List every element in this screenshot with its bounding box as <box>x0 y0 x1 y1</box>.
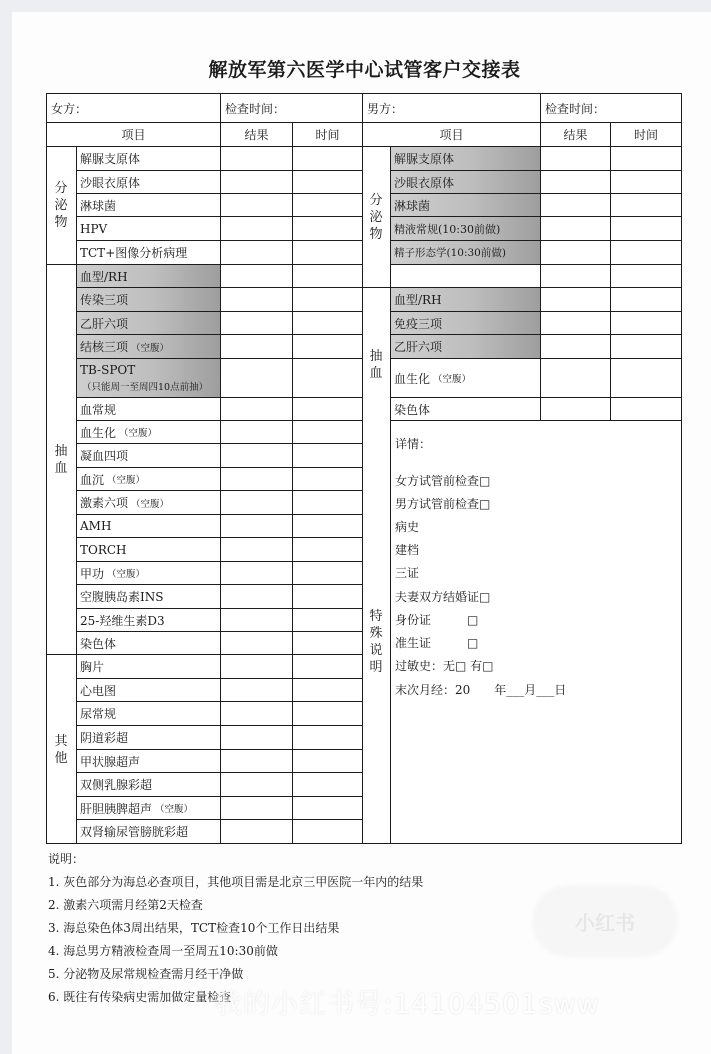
female-item-blood-routine: 血常规 <box>76 397 221 421</box>
time-cell[interactable] <box>610 334 682 359</box>
time-cell[interactable] <box>610 146 682 171</box>
result-cell[interactable] <box>220 397 293 421</box>
result-cell[interactable] <box>220 467 293 491</box>
result-cell[interactable] <box>540 311 611 335</box>
female-group-secretion: 分泌物 <box>46 146 77 265</box>
male-pre-ivf-check-checkbox[interactable]: 男方试管前检查□ <box>395 498 490 510</box>
result-cell[interactable] <box>220 584 293 609</box>
time-cell[interactable] <box>292 654 363 679</box>
result-cell[interactable] <box>220 216 293 241</box>
male-item-chlamydia: 沙眼衣原体 <box>390 170 541 194</box>
result-cell[interactable] <box>540 287 611 312</box>
result-cell[interactable] <box>220 631 293 655</box>
group-label: 抽血 <box>54 443 68 477</box>
male-col-item: 项目 <box>362 122 541 147</box>
male-item-chromosome: 染色体 <box>390 397 541 421</box>
medical-history-label: 病史 <box>395 521 419 533</box>
time-cell[interactable] <box>292 725 363 750</box>
result-cell[interactable] <box>220 725 293 750</box>
male-item-blank[interactable] <box>390 264 541 288</box>
male-item-immune-three: 免疫三项 <box>390 311 541 335</box>
time-cell[interactable] <box>610 311 682 335</box>
last-menstruation-field[interactable]: 末次月经：20 年___月___日 <box>395 684 566 696</box>
time-cell[interactable] <box>292 584 363 609</box>
result-cell[interactable] <box>220 443 293 468</box>
result-cell[interactable] <box>540 397 611 421</box>
note-item: 2. 激素六项需月经第2天检查 <box>48 896 203 913</box>
time-cell[interactable] <box>292 467 363 491</box>
time-cell[interactable] <box>292 287 363 312</box>
female-item-hpv: HPV <box>76 216 221 241</box>
result-cell[interactable] <box>220 537 293 562</box>
female-item-chromosome: 染色体 <box>76 631 221 655</box>
result-cell[interactable] <box>220 490 293 515</box>
female-item-gonococcus: 淋球菌 <box>76 193 221 217</box>
form-title: 解放军第六医学中心试管客户交接表 <box>0 55 711 82</box>
result-cell[interactable] <box>540 216 611 241</box>
result-cell[interactable] <box>220 701 293 726</box>
time-cell[interactable] <box>610 287 682 312</box>
file-creation-label: 建档 <box>395 544 419 556</box>
female-item-breast-ultrasound: 双侧乳腺彩超 <box>76 772 221 797</box>
time-cell[interactable] <box>610 397 682 421</box>
result-cell[interactable] <box>220 561 293 585</box>
note-item: 5. 分泌物及尿常规检查需月经干净做 <box>48 965 243 982</box>
time-cell[interactable] <box>292 193 363 217</box>
male-item-gonococcus: 淋球菌 <box>390 193 541 217</box>
time-cell[interactable] <box>610 193 682 217</box>
note-item: 4. 海总男方精液检查周一至周五10:30前做 <box>48 942 278 959</box>
time-cell[interactable] <box>292 358 363 398</box>
female-check-time-field[interactable]: 检查时间： <box>220 93 363 123</box>
time-cell[interactable] <box>292 796 363 820</box>
female-name-label: 女方： <box>51 100 87 117</box>
male-check-time-field[interactable]: 检查时间： <box>540 93 682 123</box>
male-name-field[interactable]: 男方： <box>362 93 541 123</box>
result-cell[interactable] <box>220 240 293 265</box>
female-item-abdominal-ultrasound: 肝胆胰脾超声（空腹） <box>76 796 221 820</box>
female-check-time-label: 检查时间： <box>225 100 285 117</box>
result-cell[interactable] <box>540 146 611 171</box>
result-cell[interactable] <box>220 170 293 194</box>
female-item-urinary-ultrasound: 双肾输尿管膀胱彩超 <box>76 819 221 844</box>
note-item: 1. 灰色部分为海总必查项目，其他项目需是北京三甲医院一年内的结果 <box>48 873 423 890</box>
watermark-logo: 小红书 <box>535 888 675 954</box>
male-item-semen-routine: 精液常规(10:30前做) <box>390 216 541 241</box>
male-check-time-label: 检查时间： <box>545 100 605 117</box>
female-col-result: 结果 <box>220 122 293 147</box>
group-label: 其他 <box>54 733 68 767</box>
female-item-urine-routine: 尿常规 <box>76 701 221 726</box>
time-cell[interactable] <box>292 443 363 468</box>
result-cell[interactable] <box>540 170 611 194</box>
female-item-coagulation: 凝血四项 <box>76 443 221 468</box>
male-col-time: 时间 <box>610 122 682 147</box>
birth-permit-checkbox[interactable]: 准生证 □ <box>395 637 478 649</box>
result-cell[interactable] <box>220 334 293 359</box>
time-cell[interactable] <box>610 240 682 265</box>
time-cell[interactable] <box>292 678 363 702</box>
result-cell[interactable] <box>220 772 293 797</box>
result-cell[interactable] <box>540 193 611 217</box>
female-item-ecg: 心电图 <box>76 678 221 702</box>
watermark-text: 我的小红书号:14104501sww <box>215 982 600 1021</box>
female-item-esr: 血沉（空腹） <box>76 467 221 491</box>
time-cell[interactable] <box>610 358 682 398</box>
female-item-amh: AMH <box>76 514 221 538</box>
time-cell[interactable] <box>292 490 363 515</box>
group-label: 分泌物 <box>369 192 383 243</box>
result-cell[interactable] <box>540 358 611 398</box>
result-cell[interactable] <box>220 146 293 171</box>
result-cell[interactable] <box>220 193 293 217</box>
male-name-label: 男方： <box>367 100 403 117</box>
time-cell[interactable] <box>292 311 363 335</box>
result-cell[interactable] <box>220 358 293 398</box>
time-cell[interactable] <box>292 264 363 288</box>
result-cell[interactable] <box>220 311 293 335</box>
female-item-torch: TORCH <box>76 537 221 562</box>
result-cell[interactable] <box>220 608 293 632</box>
group-label: 特殊说明 <box>369 608 383 676</box>
female-item-ureaplasma: 解脲支原体 <box>76 146 221 171</box>
female-item-chest-xray: 胸片 <box>76 654 221 679</box>
female-pre-ivf-check-checkbox[interactable]: 女方试管前检查□ <box>395 475 490 487</box>
time-cell[interactable] <box>292 537 363 562</box>
time-cell[interactable] <box>292 772 363 797</box>
female-item-fasting-insulin: 空腹胰岛素INS <box>76 584 221 609</box>
time-cell[interactable] <box>292 216 363 241</box>
female-group-other: 其他 <box>46 654 77 844</box>
time-cell[interactable] <box>292 749 363 773</box>
female-item-infectious-three: 传染三项 <box>76 287 221 312</box>
male-col-result: 结果 <box>540 122 611 147</box>
result-cell[interactable] <box>220 749 293 773</box>
result-cell[interactable] <box>220 819 293 844</box>
female-item-blood-type: 血型/RH <box>76 264 221 288</box>
time-cell[interactable] <box>610 264 682 288</box>
time-cell[interactable] <box>292 240 363 265</box>
group-label: 抽血 <box>369 348 383 382</box>
time-cell[interactable] <box>292 561 363 585</box>
female-item-thyroid-function: 甲功（空腹） <box>76 561 221 585</box>
note-item: 6. 既往有传染病史需加做定量检查 <box>48 988 231 1005</box>
result-cell[interactable] <box>220 654 293 679</box>
time-cell[interactable] <box>292 334 363 359</box>
allergy-history-checkbox[interactable]: 过敏史：无□ 有□ <box>395 660 494 672</box>
time-cell[interactable] <box>610 216 682 241</box>
note-item: 3. 海总染色体3周出结果，TCT检查10个工作日出结果 <box>48 919 339 936</box>
female-item-biochemistry: 血生化（空腹） <box>76 420 221 444</box>
female-item-tb-spot: TB-SPOT（只能周一至周四10点前抽） <box>76 358 221 398</box>
female-item-hepatitis-b-six: 乙肝六项 <box>76 311 221 335</box>
time-cell[interactable] <box>292 514 363 538</box>
male-item-sperm-morphology: 精子形态学(10:30前做) <box>390 240 541 265</box>
time-cell[interactable] <box>292 819 363 844</box>
time-cell[interactable] <box>292 397 363 421</box>
time-cell[interactable] <box>292 170 363 194</box>
result-cell[interactable] <box>540 334 611 359</box>
time-cell[interactable] <box>292 701 363 726</box>
group-label: 分泌物 <box>54 180 68 231</box>
male-group-secretion: 分泌物 <box>362 146 391 288</box>
male-item-biochemistry: 血生化（空腹） <box>390 358 541 398</box>
time-cell[interactable] <box>610 170 682 194</box>
female-item-vaginal-ultrasound: 阴道彩超 <box>76 725 221 750</box>
result-cell[interactable] <box>220 678 293 702</box>
female-group-blood: 抽血 <box>46 264 77 655</box>
marriage-certificate-checkbox[interactable]: 夫妻双方结婚证□ <box>395 591 490 603</box>
female-item-hormone-six: 激素六项（空腹） <box>76 490 221 515</box>
time-cell[interactable] <box>292 631 363 655</box>
male-item-hepatitis-b-six: 乙肝六项 <box>390 334 541 359</box>
female-item-chlamydia: 沙眼衣原体 <box>76 170 221 194</box>
result-cell[interactable] <box>540 240 611 265</box>
details-box: 详情： 女方试管前检查□ 男方试管前检查□ 病史 建档 三证 夫妻双方结婚证□ … <box>390 420 682 844</box>
female-name-field[interactable]: 女方： <box>46 93 221 123</box>
female-col-time: 时间 <box>292 122 363 147</box>
three-certificates-label: 三证 <box>395 567 419 579</box>
female-item-tct: TCT+图像分析病理 <box>76 240 221 265</box>
notes-heading: 说明： <box>48 850 84 867</box>
result-cell[interactable] <box>220 264 293 288</box>
male-group-blood-and-notes: 抽血 特殊说明 <box>362 287 391 844</box>
female-item-tb-three: 结核三项（空腹） <box>76 334 221 359</box>
details-heading: 详情： <box>395 438 431 450</box>
female-item-vitamin-d3: 25-羟维生素D3 <box>76 608 221 632</box>
id-card-checkbox[interactable]: 身份证 □ <box>395 614 478 626</box>
result-cell[interactable] <box>540 264 611 288</box>
result-cell[interactable] <box>220 514 293 538</box>
result-cell[interactable] <box>220 796 293 820</box>
time-cell[interactable] <box>292 146 363 171</box>
female-col-item: 项目 <box>46 122 221 147</box>
time-cell[interactable] <box>292 608 363 632</box>
time-cell[interactable] <box>292 420 363 444</box>
result-cell[interactable] <box>220 287 293 312</box>
male-item-ureaplasma: 解脲支原体 <box>390 146 541 171</box>
female-item-thyroid-ultrasound: 甲状腺超声 <box>76 749 221 773</box>
male-item-blood-type: 血型/RH <box>390 287 541 312</box>
result-cell[interactable] <box>220 420 293 444</box>
